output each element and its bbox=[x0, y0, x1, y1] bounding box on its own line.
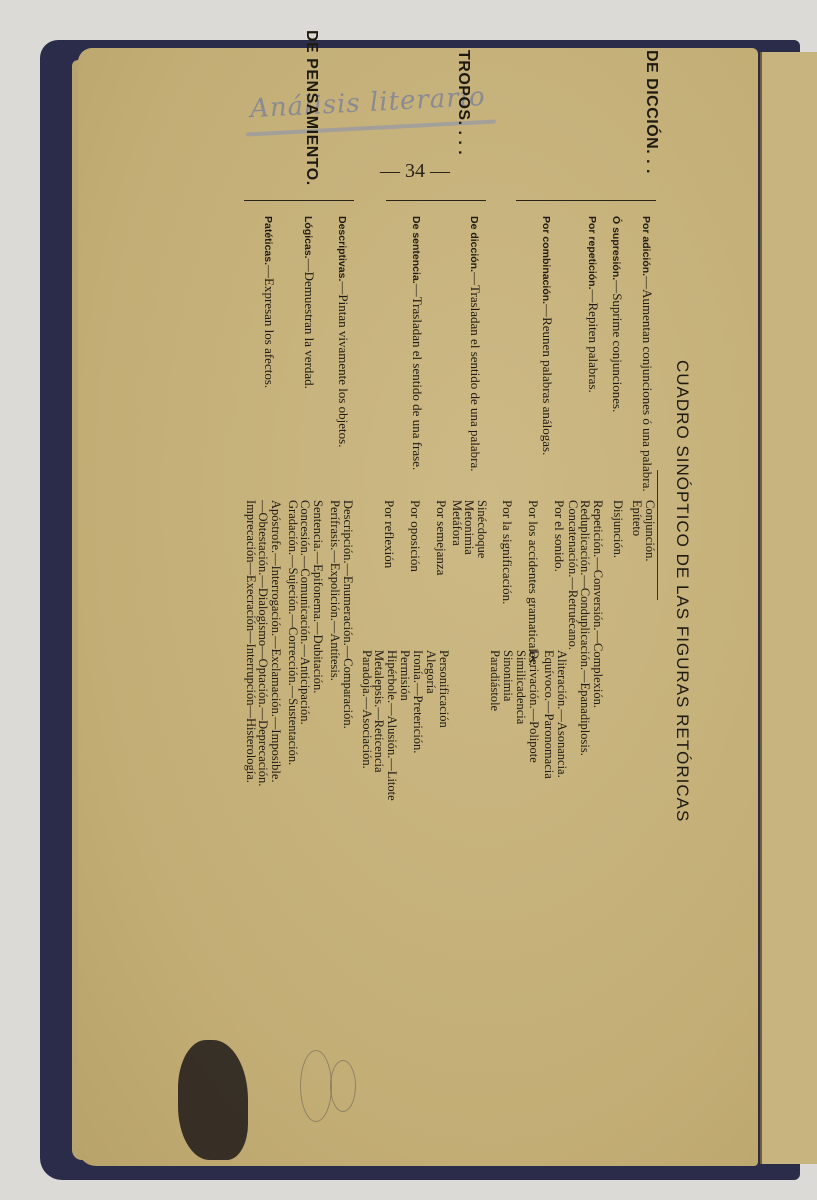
figure: Gradación.—Sujeción.—Corrección.—Sustent… bbox=[287, 500, 300, 765]
figure: Paradoja.—Asociación. bbox=[361, 650, 374, 801]
figure: Similicadencia bbox=[515, 650, 528, 763]
row-label: De sentencia. bbox=[410, 216, 422, 284]
row-description: —Pintan vivamente los objetos. bbox=[336, 281, 351, 447]
figure: Hipérbole.—Alusión.—Litote bbox=[386, 650, 399, 801]
subgroup-label: Por los accidentes gramaticales. bbox=[527, 500, 540, 666]
category-pensamiento: DE PENSAMIENTO. bbox=[302, 30, 320, 186]
row-label: Por repetición. bbox=[586, 216, 598, 290]
figure: Perífrasis.—Expolición.—Antítesis. bbox=[329, 500, 342, 729]
row-adicion: Por adición.—Aumentan conjunciones ó una… bbox=[639, 216, 654, 492]
figure: Paradiástole bbox=[489, 650, 502, 711]
figure: Ironía.—Preterición. bbox=[412, 650, 425, 753]
row-logicas: Lógicas.—Demuestran la verdad. bbox=[301, 216, 316, 389]
row-description: —Reunen palabras análogas. bbox=[540, 304, 555, 455]
row-description: —Suprime conjunciones. bbox=[610, 280, 625, 412]
subgroup-label: Por semejanza bbox=[435, 500, 448, 575]
row-description: —Trasladan el sentido de una palabra. bbox=[468, 272, 483, 472]
row-label: Ó supresión. bbox=[610, 216, 622, 280]
row-supresion: Ó supresión.—Suprime conjunciones. bbox=[609, 216, 624, 412]
figures: Derivación.—Polipote Similicadencia bbox=[515, 650, 540, 763]
brace bbox=[516, 200, 656, 202]
row-label: Patéticas. bbox=[262, 216, 274, 265]
figures: Sentencia.—Epifonema.—Dubitación. Conces… bbox=[287, 500, 325, 765]
category-tropos: TROPOS. . . . bbox=[454, 50, 472, 155]
row-tropos-diccion: De dicción.—Trasladan el sentido de una … bbox=[467, 216, 482, 472]
figures: Repetición.—Conversión.—Complexión. Redu… bbox=[567, 500, 605, 756]
figures: Descripción.—Enumeración.—Comparación. P… bbox=[329, 500, 354, 729]
figure: Imprecación—Execración—Interrupción—Hist… bbox=[245, 500, 258, 786]
pencil-scribble bbox=[330, 1060, 356, 1112]
row-label: Lógicas. bbox=[302, 216, 314, 259]
figure: Metonimia bbox=[463, 500, 476, 558]
figures: Apóstrofe.—Interrogación.—Exclamación.—I… bbox=[245, 500, 283, 786]
figures: Conjunción. Epíteto bbox=[631, 500, 656, 561]
figure: Sentencia.—Epifonema.—Dubitación. bbox=[312, 500, 325, 765]
figure: Personificación bbox=[438, 650, 451, 728]
row-label: De dicción. bbox=[468, 216, 480, 272]
row-sentencia: De sentencia.—Trasladan el sentido de un… bbox=[409, 216, 424, 470]
synoptic-table: CUADRO SINÓPTICO DE LAS FIGURAS RETÓRICA… bbox=[160, 200, 700, 1060]
figure: Derivación.—Polipote bbox=[528, 650, 541, 763]
row-label: Por combinación. bbox=[540, 216, 552, 304]
title-underline bbox=[657, 470, 658, 600]
figure: Reduplicación.—Conduplicación.—Epanadipl… bbox=[579, 500, 592, 756]
ink-stain bbox=[178, 1040, 248, 1160]
row-description: —Aumentan conjunciones ó una palabra. bbox=[640, 276, 655, 492]
figures: Sinonimia Paradiástole bbox=[489, 650, 514, 711]
table-title: CUADRO SINÓPTICO DE LAS FIGURAS RETÓRICA… bbox=[672, 360, 692, 822]
figures: Hipérbole.—Alusión.—Litote Metalepsis.—R… bbox=[361, 650, 399, 801]
brace bbox=[244, 200, 354, 202]
row-description: —Repiten palabras. bbox=[586, 290, 601, 393]
figure: Sinonimia bbox=[502, 650, 515, 711]
pencil-scribble bbox=[300, 1050, 332, 1122]
figure: Aliteración.—Asonancia. bbox=[556, 650, 569, 779]
figures: Ironía.—Preterición. Permisión bbox=[399, 650, 424, 753]
subgroup-label: Por la significación. bbox=[501, 500, 514, 604]
row-label: Descriptivas. bbox=[336, 216, 348, 281]
figure: Descripción.—Enumeración.—Comparación. bbox=[342, 500, 355, 729]
figure: —Obtestación.—Dialogismo—Optación.—Depre… bbox=[257, 500, 270, 786]
row-combinacion: Por combinación.—Reunen palabras análoga… bbox=[539, 216, 554, 455]
subgroup-label: Por reflexión bbox=[383, 500, 396, 568]
brace bbox=[386, 200, 486, 202]
category-diccion: DE DICCIÓN. . . bbox=[642, 50, 660, 174]
figure: Epíteto bbox=[631, 500, 644, 561]
figure: Disjunción. bbox=[612, 500, 625, 558]
figure: Equívoco.—Paronomacia bbox=[543, 650, 556, 779]
next-page-edge bbox=[760, 52, 817, 1164]
row-label: Por adición. bbox=[640, 216, 652, 276]
subgroup-label: Por oposición bbox=[409, 500, 422, 572]
figure: Concesión.—Comunicación.—Anticipación. bbox=[299, 500, 312, 765]
figure: Alegoría bbox=[425, 650, 438, 728]
row-description: —Trasladan el sentido de una frase. bbox=[410, 284, 425, 471]
figures: Disjunción. bbox=[612, 500, 625, 558]
row-description: —Expresan los afectos. bbox=[262, 265, 277, 388]
figures: Aliteración.—Asonancia. Equívoco.—Parono… bbox=[543, 650, 568, 779]
figure: Repetición.—Conversión.—Complexión. bbox=[592, 500, 605, 756]
figure: Metáfora bbox=[451, 500, 464, 558]
figure: Conjunción. bbox=[644, 500, 657, 561]
figures: Sinécdoque Metonimia Metáfora bbox=[451, 500, 489, 558]
subgroup-label: Por el sonido. bbox=[553, 500, 566, 572]
figure: Permisión bbox=[399, 650, 412, 753]
row-pateticas: Patéticas.—Expresan los afectos. bbox=[261, 216, 276, 388]
figure: Apóstrofe.—Interrogación.—Exclamación.—I… bbox=[270, 500, 283, 786]
figure: Metalepsis.—Reticencia bbox=[373, 650, 386, 801]
figure: Sinécdoque bbox=[476, 500, 489, 558]
row-repeticion: Por repetición.—Repiten palabras. bbox=[585, 216, 600, 393]
row-descriptivas: Descriptivas.—Pintan vivamente los objet… bbox=[335, 216, 350, 447]
page-number: — 34 — bbox=[380, 160, 450, 183]
figures: Personificación Alegoría bbox=[425, 650, 450, 728]
row-description: —Demuestran la verdad. bbox=[302, 259, 317, 389]
